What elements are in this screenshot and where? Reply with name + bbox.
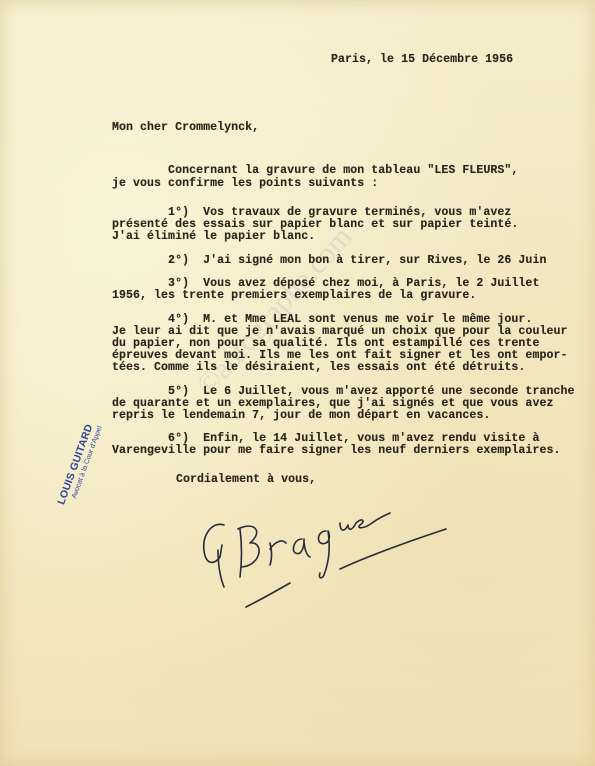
salutation: Mon cher Crommelynck, — [112, 122, 259, 134]
point-5-line: repris le lendemain 7, jour de mon dépar… — [112, 410, 490, 422]
point-6-line: Varengeville pour me faire signer les ne… — [112, 445, 560, 457]
signature-icon — [190, 495, 450, 615]
closing-line: Cordialement à vous, — [176, 474, 316, 486]
point-2-line: 2°) J'ai signé mon bon à tirer, sur Rive… — [112, 255, 546, 267]
point-4-line: tées. Comme ils le désiraient, les essai… — [112, 362, 525, 374]
point-3-line: 1956, les trente premiers exemplaires de… — [112, 290, 476, 302]
date-line: Paris, le 15 Décembre 1956 — [331, 54, 513, 66]
letter-page: ©autographe.com Paris, le 15 Décembre 19… — [0, 0, 595, 766]
watermark: ©autographe.com — [190, 220, 359, 403]
intro-line: je vous confirme les points suivants : — [112, 178, 378, 190]
lawyer-stamp: LOUIS GUITARD Avocat à la Cour d'Appel — [40, 410, 120, 520]
intro-line: Concernant la gravure de mon tableau "LE… — [112, 165, 518, 177]
point-1-line: J'ai éliminé le papier blanc. — [112, 231, 315, 243]
